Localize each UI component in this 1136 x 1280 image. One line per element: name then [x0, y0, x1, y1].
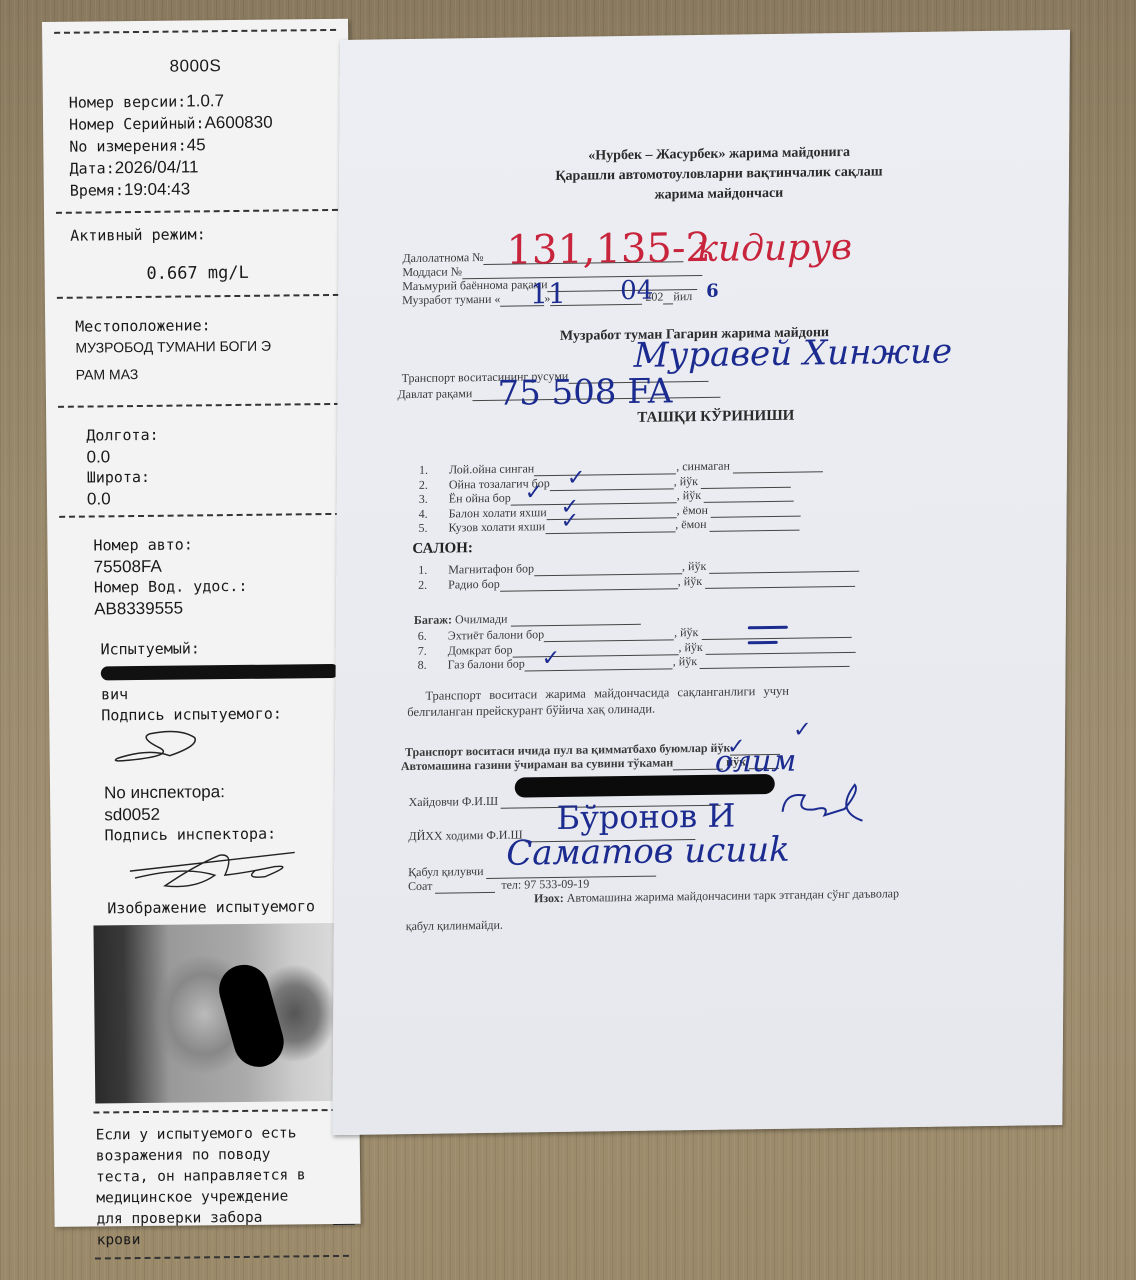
vehicle-type-handwritten: Муравей Хинжие: [634, 331, 953, 375]
handwritten-month: 04: [620, 276, 653, 306]
item-number: 2.: [419, 477, 449, 492]
item-label: Кузов холати яхши: [449, 519, 546, 534]
officer-signature: [774, 781, 864, 832]
driver-label: Хайдовчи Ф.И.Ш: [409, 794, 499, 809]
item-alt: , синмаган: [676, 459, 730, 474]
subject-block: Испытуемый:: [48, 637, 354, 661]
item-label: Радио бор: [448, 576, 500, 591]
note-line: для проверки забора: [96, 1207, 360, 1231]
impound-form: «Нурбек – Жасурбек» жарима майдонига Қар…: [332, 30, 1070, 1135]
vehicle-block: Номер авто: 75508FA Номер Вод. удос.: AB…: [47, 533, 354, 620]
item-alt: , йўк: [678, 573, 702, 587]
inspector-signature: [125, 844, 305, 892]
item-alt: , йўк: [674, 474, 698, 488]
handwritten-act-number: 131,135-2: [506, 225, 711, 274]
note-text: Автомашина жарима майдончасини тарк этга…: [567, 886, 899, 905]
note-line: Если у испытуемого есть: [96, 1123, 360, 1147]
serial-value: A600830: [204, 113, 272, 133]
dash-mark: [748, 626, 788, 630]
inspector-block: No инспектора: sd0052 Подпись инспектора…: [50, 780, 357, 847]
car-number-value: 75508FA: [94, 554, 354, 578]
serial-label: Номер Серийный:: [69, 114, 205, 133]
item-number: 4.: [419, 506, 449, 521]
trunk-field: Багаж: Очилмади: [414, 610, 641, 628]
device-model: 8000S: [42, 55, 348, 78]
subject-signature: [99, 725, 209, 766]
item-label: Лой.ойна синган: [449, 461, 534, 476]
latitude-label: Широта:: [87, 465, 353, 489]
item-number: 2.: [418, 577, 448, 592]
trunk-label-bold: Багаж:: [414, 612, 452, 627]
date-value: 2026/04/11: [115, 157, 199, 177]
item-label: Эхтиёт балони бор: [448, 627, 544, 642]
redaction-mark: [213, 959, 289, 1073]
alcohol-reading: 0.667 mg/L: [45, 262, 351, 285]
driver-handwritten: олим: [715, 744, 797, 780]
receiver-handwritten: Саматов ucuuk: [506, 830, 790, 874]
item-alt: , йўк: [682, 559, 706, 573]
car-number-label: Номер авто:: [93, 533, 353, 557]
location-line-2: РАМ МАЗ: [76, 362, 352, 386]
note-line: крови: [97, 1228, 361, 1252]
longitude-value: 0.0: [86, 444, 352, 468]
checkmark-icon: ✓: [542, 646, 561, 671]
location-block: Местоположение: МУЗРОБОД ТУМАНИ БОГИ Э Р…: [45, 314, 352, 386]
time-label: Время:: [70, 181, 124, 200]
item-alt: , йўк: [673, 654, 697, 668]
divider: [54, 29, 336, 34]
inspector-value: sd0052: [104, 802, 356, 826]
redaction-bar: [101, 664, 339, 680]
item-number: 5.: [419, 520, 449, 535]
item-number: 1.: [419, 462, 449, 477]
license-label: Номер Вод. удос.:: [94, 575, 354, 599]
measurement-value: 45: [187, 135, 206, 154]
note-line: медицинское учреждение: [96, 1186, 360, 1210]
time-value: 19:04:43: [124, 179, 190, 199]
handwritten-year: 6: [706, 281, 719, 302]
date-label: Дата:: [69, 159, 114, 177]
trunk-status: Очилмади: [455, 612, 508, 627]
checkmark-icon: ✓: [561, 509, 580, 534]
inspector-label: No инспектора:: [104, 782, 225, 802]
device-info: Номер версии:1.0.7 Номер Серийный:A60083…: [43, 89, 350, 202]
subject-photo: [93, 923, 345, 1104]
item-number: 1.: [418, 562, 448, 577]
inspector-signature-label: Подпись инспектора:: [104, 823, 356, 847]
item-alt: , йўк: [674, 625, 698, 639]
divider: [58, 403, 340, 408]
divider: [56, 209, 338, 214]
divider: [59, 513, 341, 518]
phone-number: тел: 97 533-09-19: [501, 877, 589, 892]
item-label: Газ балони бор: [448, 656, 525, 671]
item-number: 3.: [419, 491, 449, 506]
version-value: 1.0.7: [186, 91, 224, 110]
form-header: «Нурбек – Жасурбек» жарима майдонига Қар…: [339, 140, 1069, 210]
district-label: Музработ тумани «: [402, 292, 500, 307]
fee-text-2: белгиланган прейскурант бўйича хақ олина…: [407, 702, 655, 720]
salon-title: САЛОН:: [412, 540, 473, 558]
location-label: Местоположение:: [75, 314, 351, 338]
exterior-title: ТАШҚИ КЎРИНИШИ: [637, 408, 794, 427]
objection-note: Если у испытуемого есть возражения по по…: [54, 1123, 361, 1252]
divider: [57, 294, 339, 299]
subject-signature-label: Подпись испытуемого:: [101, 703, 355, 727]
item-label: Ён ойна бор: [449, 491, 511, 506]
handwritten-article: кидирув: [696, 227, 852, 270]
subject-label: Испытуемый:: [100, 637, 354, 661]
item-alt: , ёмон: [677, 502, 708, 516]
plate-handwritten: 75 508 FA: [497, 371, 672, 413]
fee-text-1: Транспорт воситаси жарима майдончасида с…: [425, 684, 789, 704]
divider: [95, 1255, 349, 1260]
location-line-1: МУЗРОБОД ТУМАНИ БОГИ Э: [75, 335, 351, 359]
checkmark-icon: ✓: [525, 480, 544, 505]
handwritten-day: 11: [530, 277, 566, 311]
mode-label: Активный режим:: [44, 223, 350, 247]
note-line: возражения по поводу: [96, 1144, 360, 1168]
dash-mark: [748, 640, 778, 643]
item-label: Балон холати яхши: [449, 505, 547, 520]
item-alt: , йўк: [677, 488, 701, 502]
checkmark-icon: ✓: [793, 717, 812, 742]
photo-label: Изображение испытуемого: [51, 896, 357, 920]
item-label: Домкрат бор: [448, 642, 513, 657]
year-suffix: йил: [673, 289, 692, 303]
subject-suffix-block: вич Подпись испытуемого:: [49, 682, 355, 727]
item-number: 7.: [418, 643, 448, 658]
latitude-value: 0.0: [87, 486, 353, 510]
breathalyzer-receipt: 8000S Номер версии:1.0.7 Номер Серийный:…: [42, 19, 361, 1227]
dalolatnoma-label: Далолатнома №: [402, 250, 483, 265]
note-label: Изох:: [534, 891, 564, 905]
note-text-2: қабул қилинмайди.: [406, 918, 503, 934]
item-alt: , ёмон: [675, 517, 706, 531]
moddasi-label: Моддаси №: [402, 264, 462, 279]
divider: [93, 1109, 347, 1114]
longitude-label: Долгота:: [86, 423, 352, 447]
subject-name-suffix: вич: [101, 682, 355, 706]
item-number: 6.: [418, 629, 448, 644]
measurement-label: No измерения:: [69, 136, 187, 155]
fuel-text: Автомашина газини ўчираман ва сувини тўк…: [401, 755, 673, 773]
checkmark-icon: ✓: [567, 465, 586, 490]
gps-block: Долгота: 0.0 Широта: 0.0: [46, 423, 353, 510]
item-alt: , йўк: [678, 639, 702, 653]
note-line: теста, он направляется в: [96, 1165, 360, 1189]
item-label: Магнитафон бор: [448, 561, 534, 576]
item-number: 8.: [418, 658, 448, 673]
plate-label: Давлат рақами: [397, 386, 472, 401]
receiver-label: Қабул қилувчи: [408, 864, 483, 879]
hour-label: Соат: [408, 879, 432, 893]
license-value: AB8339555: [94, 596, 354, 620]
version-label: Номер версии:: [69, 92, 187, 111]
